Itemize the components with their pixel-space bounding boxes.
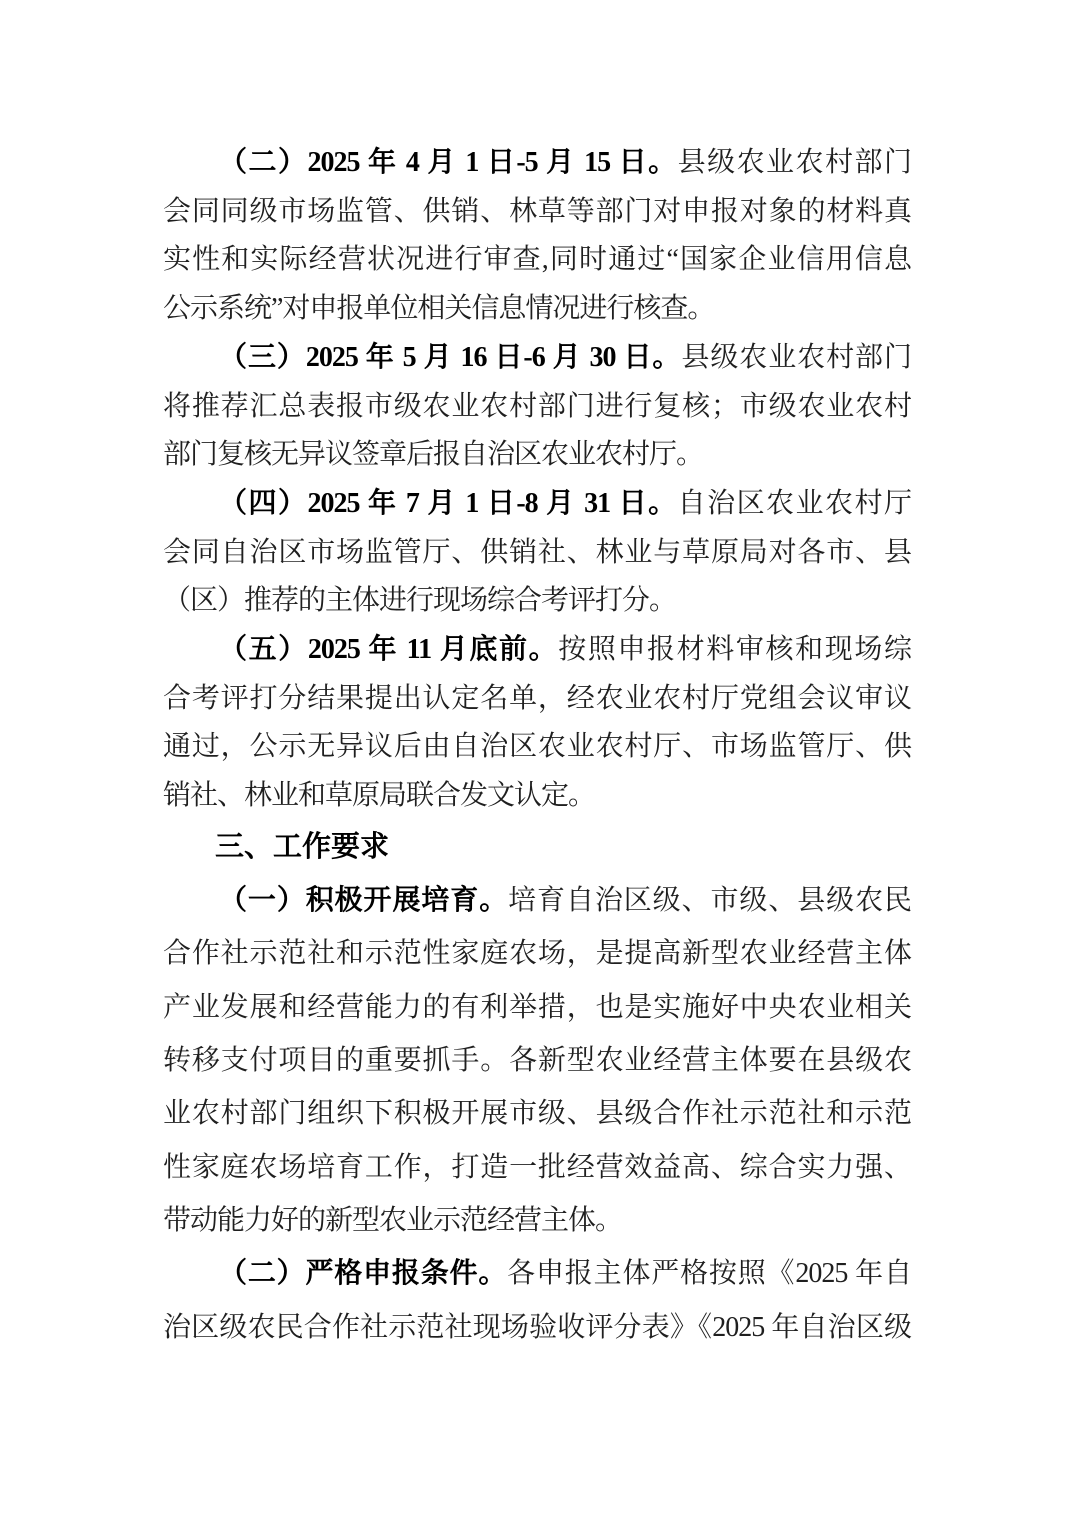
text-line: （四）2025 年 7 月 1 日-8 月 31 日。自治区农业农村厅 <box>163 480 911 529</box>
bold-text-run: （五）2025 年 11 月底前。 <box>219 634 558 665</box>
text-line: 通过，公示无异议后由自治区农业农村厅、市场监管厅、供 <box>163 723 911 772</box>
text-run: 治区级农民合作社示范社现场验收评分表》《2025 年自治区级 <box>163 1312 911 1343</box>
text-line: 业农村部门组织下积极开展市级、县级合作社示范社和示范 <box>163 1087 911 1140</box>
text-run: 性家庭农场培育工作，打造一批经营效益高、综合实力强、 <box>163 1152 911 1183</box>
text-line: （三）2025 年 5 月 16 日-6 月 30 日。县级农业农村部门 <box>163 334 911 383</box>
text-run: 部门复核无异议签章后报自治区农业农村厅。 <box>163 439 703 470</box>
text-run: 转移支付项目的重要抓手。各新型农业经营主体要在县级农 <box>163 1045 911 1076</box>
text-run: 自治区农业农村厅 <box>678 488 911 519</box>
text-line: 会同同级市场监管、供销、林草等部门对申报对象的材料真 <box>163 188 911 237</box>
text-line: 产业发展和经营能力的有利举措，也是实施好中央农业相关 <box>163 981 911 1034</box>
text-run: 销社、林业和草原局联合发文认定。 <box>163 780 595 811</box>
text-line: 性家庭农场培育工作，打造一批经营效益高、综合实力强、 <box>163 1141 911 1194</box>
bold-text-run: （二）2025 年 4 月 1 日-5 月 15 日。 <box>219 147 678 178</box>
bold-text-run: （三）2025 年 5 月 16 日-6 月 30 日。 <box>219 342 681 373</box>
text-run: 产业发展和经营能力的有利举措，也是实施好中央农业相关 <box>163 992 911 1023</box>
text-line: 合考评打分结果提出认定名单，经农业农村厅党组会议审议 <box>163 675 911 724</box>
text-line: 会同自治区市场监管厅、供销社、林业与草原局对各市、县 <box>163 529 911 578</box>
text-run: 会同自治区市场监管厅、供销社、林业与草原局对各市、县 <box>163 537 911 568</box>
text-run: 业农村部门组织下积极开展市级、县级合作社示范社和示范 <box>163 1098 911 1129</box>
text-line: 销社、林业和草原局联合发文认定。 <box>163 772 911 821</box>
text-run: 按照申报材料审核和现场综 <box>558 634 911 665</box>
text-run: 各申报主体严格按照《2025 年自 <box>507 1258 911 1289</box>
bold-text-run: （一）积极开展培育。 <box>219 885 508 916</box>
section-heading: 三、工作要求 <box>163 821 911 874</box>
text-run: 合考评打分结果提出认定名单，经农业农村厅党组会议审议 <box>163 683 911 714</box>
text-run: 县级农业农村部门 <box>681 342 911 373</box>
bold-text-run: 三、工作要求 <box>215 831 389 863</box>
document-page: （二）2025 年 4 月 1 日-5 月 15 日。县级农业农村部门会同同级市… <box>0 0 1074 1520</box>
bold-text-run: （四）2025 年 7 月 1 日-8 月 31 日。 <box>219 488 678 519</box>
text-line: 公示系统”对申报单位相关信息情况进行核查。 <box>163 285 911 334</box>
text-run: 通过，公示无异议后由自治区农业农村厅、市场监管厅、供 <box>163 731 911 762</box>
text-line: （区）推荐的主体进行现场综合考评打分。 <box>163 577 911 626</box>
text-line: 治区级农民合作社示范社现场验收评分表》《2025 年自治区级 <box>163 1301 911 1354</box>
text-line: 部门复核无异议签章后报自治区农业农村厅。 <box>163 431 911 480</box>
text-run: 县级农业农村部门 <box>678 147 911 178</box>
text-line: （二）严格申报条件。各申报主体严格按照《2025 年自 <box>163 1247 911 1300</box>
text-run: （区）推荐的主体进行现场综合考评打分。 <box>163 585 676 616</box>
text-run: 培育自治区级、市级、县级农民 <box>508 885 911 916</box>
text-line: 转移支付项目的重要抓手。各新型农业经营主体要在县级农 <box>163 1034 911 1087</box>
text-run: 将推荐汇总表报市级农业农村部门进行复核；市级农业农村 <box>163 391 911 422</box>
text-run: 实性和实际经营状况进行审查,同时通过“国家企业信用信息 <box>163 244 911 275</box>
text-line: 将推荐汇总表报市级农业农村部门进行复核；市级农业农村 <box>163 383 911 432</box>
text-run: 会同同级市场监管、供销、林草等部门对申报对象的材料真 <box>163 196 911 227</box>
text-line: 带动能力好的新型农业示范经营主体。 <box>163 1194 911 1247</box>
text-line: 合作社示范社和示范性家庭农场，是提高新型农业经营主体 <box>163 927 911 980</box>
text-run: 合作社示范社和示范性家庭农场，是提高新型农业经营主体 <box>163 938 911 969</box>
text-line: （一）积极开展培育。培育自治区级、市级、县级农民 <box>163 874 911 927</box>
text-line: 实性和实际经营状况进行审查,同时通过“国家企业信用信息 <box>163 236 911 285</box>
text-line: （五）2025 年 11 月底前。按照申报材料审核和现场综 <box>163 626 911 675</box>
document-body: （二）2025 年 4 月 1 日-5 月 15 日。县级农业农村部门会同同级市… <box>163 139 911 1354</box>
text-line: （二）2025 年 4 月 1 日-5 月 15 日。县级农业农村部门 <box>163 139 911 188</box>
text-run: 公示系统”对申报单位相关信息情况进行核查。 <box>163 293 714 324</box>
bold-text-run: （二）严格申报条件。 <box>219 1258 507 1289</box>
text-run: 带动能力好的新型农业示范经营主体。 <box>163 1205 622 1236</box>
